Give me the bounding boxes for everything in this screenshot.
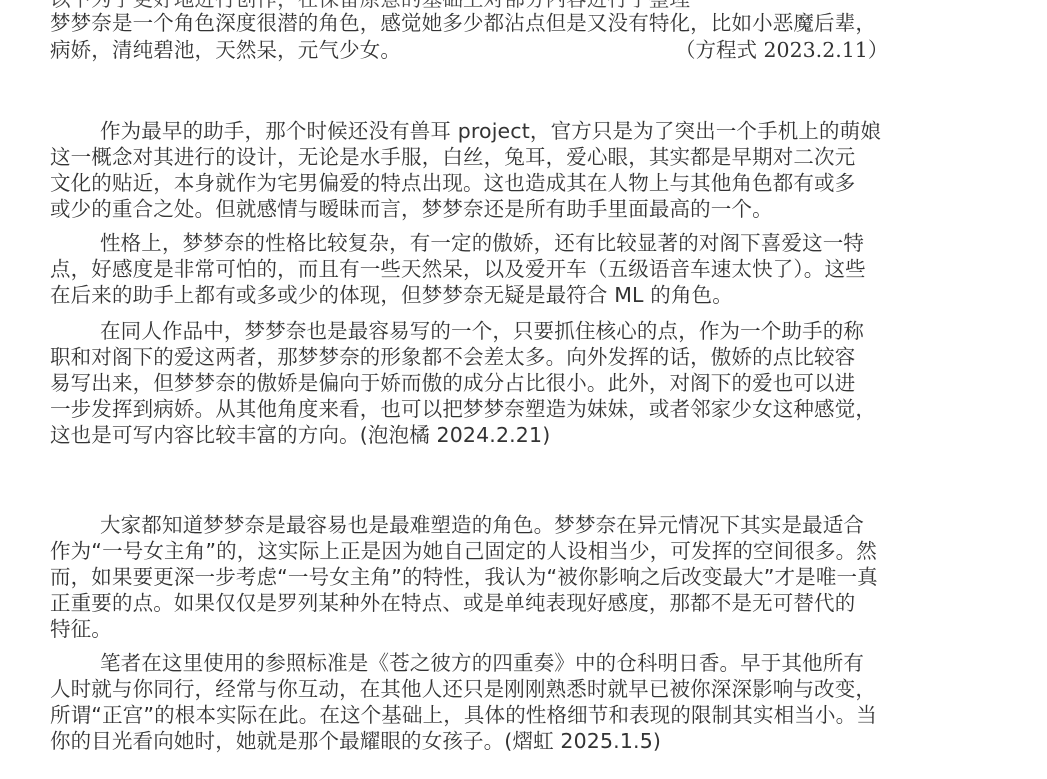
text-line: 人时就与你同行，经常与你互动，在其他人还只是刚刚熟悉时就早已被你深深影响与改变， [50,676,876,702]
text-line: 在同人作品中，梦梦奈也是最容易写的一个，只要抓住核心的点，作为一个助手的称 [100,318,864,344]
text-line: 易写出来，但梦梦奈的傲娇是偏向于娇而傲的成分占比很小。此外，对阁下的爱也可以进 [50,370,855,396]
text-line: 你的目光看向她时，她就是那个最耀眼的女孩子。(熠虹 2025.1.5) [50,728,661,754]
text-line: 一步发挥到病娇。从其他角度来看，也可以把梦梦奈塑造为妹妹，或者邻家少女这种感觉， [50,396,876,422]
text-line: 大家都知道梦梦奈是最容易也是最难塑造的角色。梦梦奈在异元情况下其实是最适合 [100,512,864,538]
text-line: 性格上，梦梦奈的性格比较复杂，有一定的傲娇，还有比较显著的对阁下喜爱这一特 [100,230,864,256]
text-line: 正重要的点。如果仅仅是罗列某种外在特点、或是单纯表现好感度，那都不是无可替代的 [50,590,855,616]
author-signature: （方程式 2023.2.11） [675,37,888,63]
text-line: 特征。 [50,616,112,642]
text-line: 作为“一号女主角”的，这实际上正是因为她自己固定的人设相当少，可发挥的空间很多。… [50,538,877,564]
text-line: 笔者在这里使用的参照标准是《苍之彼方的四重奏》中的仓科明日香。早于其他所有 [100,650,864,676]
text-line: 病娇，清纯碧池，天然呆，元气少女。 [50,37,401,63]
text-line: 在后来的助手上都有或多或少的体现，但梦梦奈无疑是最符合 ML 的角色。 [50,282,733,308]
text-line: 点，好感度是非常可怕的，而且有一些天然呆，以及爱开车（五级语音车速太快了）。这些 [50,256,866,282]
text-line: 职和对阁下的爱这两者，那梦梦奈的形象都不会差太多。向外发挥的话，傲娇的点比较容 [50,344,855,370]
text-line: 这一概念对其进行的设计，无论是水手服，白丝，兔耳，爱心眼，其实都是早期对二次元 [50,144,855,170]
text-line: 所谓“正宫”的根本实际在此。在这个基础上，具体的性格细节和表现的限制其实相当小。… [50,702,877,728]
document-page: 以下为了更好地进行创作，在保留原意的基础上对部分内容进行了整理 梦梦奈是一个角色… [0,0,1047,779]
text-line: 或少的重合之处。但就感情与暧昧而言，梦梦奈还是所有助手里面最高的一个。 [50,196,773,222]
text-line: 文化的贴近，本身就作为宅男偏爱的特点出现。这也造成其在人物上与其他角色都有或多 [50,170,855,196]
text-line: 这也是可写内容比较丰富的方向。(泡泡橘 2024.2.21) [50,422,550,448]
text-line: 梦梦奈是一个角色深度很潜的角色，感觉她多少都沾点但是又没有特化，比如小恶魔后辈， [50,10,876,36]
text-line: 而，如果要更深一步考虑“一号女主角”的特性，我认为“被你影响之后改变最大”才是唯… [50,564,878,590]
text-line: 作为最早的助手，那个时候还没有兽耳 project，官方只是为了突出一个手机上的… [100,118,881,144]
